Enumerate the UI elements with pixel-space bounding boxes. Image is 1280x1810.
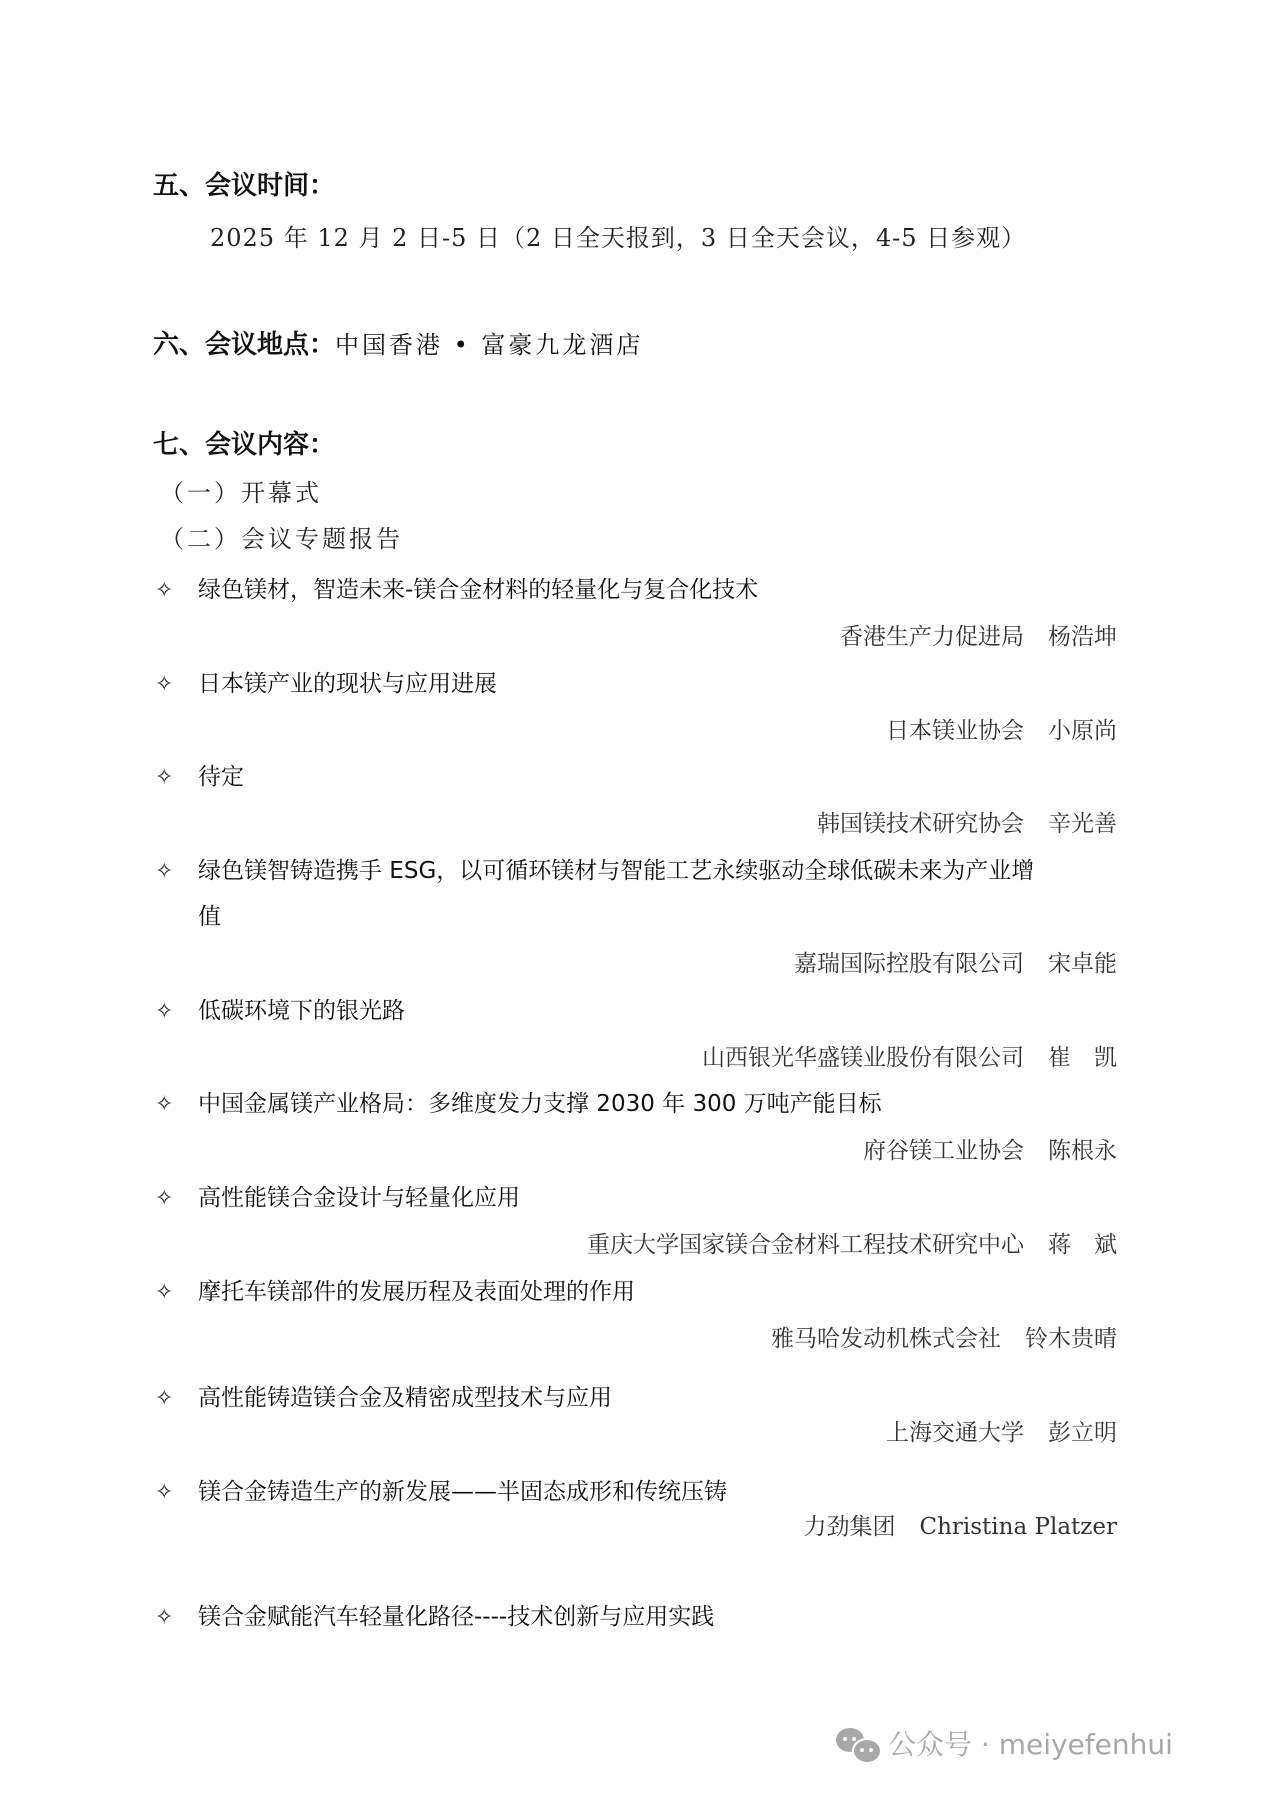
diamond-bullet-icon: ✧: [155, 1094, 173, 1116]
report-topic: 高性能镁合金设计与轻量化应用: [198, 1187, 520, 1210]
report-speaker: 雅马哈发动机株式会社铃木贵晴: [771, 1328, 1117, 1351]
meeting-venue: 中国香港 • 富豪九龙酒店: [335, 331, 643, 359]
subsection-opening: （一）开幕式: [160, 481, 322, 505]
report-topic: 绿色镁材，智造未来-镁合金材料的轻量化与复合化技术: [198, 579, 758, 602]
section-7-heading: 七、会议内容：: [153, 432, 335, 458]
section-6-title: 六、会议地点：: [153, 330, 335, 360]
diamond-bullet-icon: ✧: [155, 1388, 173, 1410]
report-speaker: 香港生产力促进局杨浩坤: [840, 626, 1117, 649]
diamond-bullet-icon: ✧: [155, 1607, 173, 1629]
diamond-bullet-icon: ✧: [155, 767, 173, 789]
report-topic: 日本镁产业的现状与应用进展: [198, 673, 497, 696]
diamond-bullet-icon: ✧: [155, 1282, 173, 1304]
report-speaker: 嘉瑞国际控股有限公司宋卓能: [794, 953, 1117, 976]
diamond-bullet-icon: ✧: [155, 1188, 173, 1210]
diamond-bullet-icon: ✧: [155, 1482, 173, 1504]
report-topic: 待定: [198, 766, 244, 789]
report-topic-continued: 值: [198, 906, 221, 929]
section-6-heading: 六、会议地点：中国香港 • 富豪九龙酒店: [153, 332, 643, 358]
report-speaker: 府谷镁工业协会陈根永: [863, 1140, 1117, 1163]
meeting-date: 2025 年 12 月 2 日-5 日（2 日全天报到，3 日全天会议，4-5 …: [210, 226, 1026, 250]
report-topic: 镁合金铸造生产的新发展——半固态成形和传统压铸: [198, 1481, 727, 1504]
report-topic: 低碳环境下的银光路: [198, 1000, 405, 1023]
diamond-bullet-icon: ✧: [155, 580, 173, 602]
section-5-heading: 五、会议时间：: [153, 173, 335, 199]
report-topic: 高性能铸造镁合金及精密成型技术与应用: [198, 1387, 612, 1410]
report-speaker: 山西银光华盛镁业股份有限公司崔 凯: [702, 1047, 1117, 1070]
watermark-text: 公众号 · meiyefenhui: [888, 1731, 1173, 1759]
report-topic: 中国金属镁产业格局：多维度发力支撑 2030 年 300 万吨产能目标: [198, 1093, 882, 1116]
subsection-reports: （二）会议专题报告: [160, 527, 403, 551]
diamond-bullet-icon: ✧: [155, 1001, 173, 1023]
report-speaker: 韩国镁技术研究协会辛光善: [817, 813, 1117, 836]
report-topic: 镁合金赋能汽车轻量化路径----技术创新与应用实践: [198, 1606, 714, 1629]
report-topic: 摩托车镁部件的发展历程及表面处理的作用: [198, 1281, 635, 1304]
wechat-icon: [836, 1728, 880, 1762]
report-speaker: 上海交通大学彭立明: [886, 1422, 1117, 1445]
diamond-bullet-icon: ✧: [155, 861, 173, 883]
report-speaker: 力劲集团Christina Platzer: [803, 1516, 1117, 1539]
report-speaker: 日本镁业协会小原尚: [886, 720, 1117, 743]
report-speaker: 重庆大学国家镁合金材料工程技术研究中心蒋 斌: [587, 1234, 1117, 1257]
watermark: 公众号 · meiyefenhui: [836, 1728, 1173, 1762]
report-topic: 绿色镁智铸造携手 ESG，以可循环镁材与智能工艺永续驱动全球低碳未来为产业增: [198, 860, 1034, 883]
diamond-bullet-icon: ✧: [155, 674, 173, 696]
